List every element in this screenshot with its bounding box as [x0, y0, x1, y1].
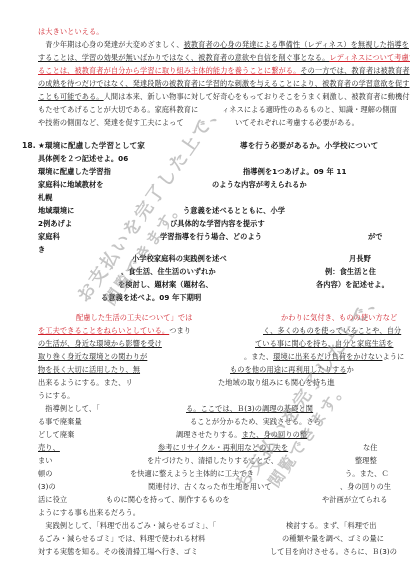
answer-line3a: の生活が、身近な環境から影響を受け	[38, 339, 162, 348]
question-line2: 具体例を２つ記述せよ。06	[38, 154, 128, 163]
question-line3b: 指導例を1つあげよ。09 年 11	[243, 167, 347, 176]
question-line5: 札幌	[38, 193, 53, 202]
answer-line3b: ている事に関心を持ち、自分と家庭生活を	[255, 339, 393, 348]
underlined-text: 環境に出来るだけ負荷をかけない	[273, 352, 382, 361]
answer-line11c: な住	[363, 443, 378, 452]
answer-line6b: た地域の取り組みにも関心を持ち進	[218, 378, 335, 387]
red-underlined-text: ることは、被教育者が自分から学習に取り組み主体的能力を養うことに繋がる。	[38, 66, 300, 75]
para1-line6a: もたせてあげることが大切である。家庭科教育に	[38, 105, 198, 114]
answer-line8b: る。ここでは、Ｂ(3)の調理の基礎と関	[186, 404, 313, 413]
text: 調理させたりする。	[176, 430, 242, 439]
answer-line15a: 活に役立	[38, 495, 67, 504]
underlined-text: また、身の回りの整	[242, 430, 308, 439]
answer-line9a: る事で廃棄量	[38, 417, 82, 426]
question-line4b: のような内容が考えられるか	[212, 180, 307, 189]
answer-line18b: の種類や量を調べ、ゴミの量に	[282, 534, 384, 543]
para1-line4: の成熟を待つだけではなく、発達段階の被教育者に学習的な刺激を与えることにより、被…	[38, 79, 410, 88]
answer-line1a: 配慮した生活の工夫について」では	[76, 313, 192, 322]
question-line6b: う意義を述べるとともに、小学	[183, 206, 285, 215]
question-line8a: 家庭科	[38, 232, 60, 241]
answer-line14c: 、身の回りの生	[340, 482, 391, 491]
text: 青少年期は心身の発達が大変めざましく、	[38, 40, 184, 49]
para1-line2: することは、学習の効果が無いばかりではなく、被教育者の意欲や自信を削ぐ事となる。…	[38, 53, 410, 62]
answer-line19a: 対する実態を知る。その後清掃工場へ行き、ゴミ	[38, 547, 198, 556]
question-line3a: 環境に配慮した学習指	[38, 167, 111, 176]
question-line7a: 2例あげよ	[38, 219, 72, 228]
text: ように	[382, 352, 404, 361]
question-line10a: 小学校家庭科の実践例を述べ	[132, 254, 227, 263]
answer-line12c: 整理整	[355, 456, 377, 465]
answer-line17b: 検討する。まず、「料理で出	[286, 521, 377, 530]
answer-line15b: ものに関心を持って、制作するものを	[106, 495, 230, 504]
answer-line4b: 。また、環境に出来るだけ負荷をかけないように	[244, 352, 404, 361]
document-page: は大きいといえる。 青少年期は心身の発達が大変めざましく、被教育者の心身の発達に…	[0, 0, 410, 580]
underlined-text: 被教育者の心身の発達による準備性（レディネス）を無視した指導を	[184, 40, 409, 49]
answer-line19b: して目を向けさせる。さらに、Ｂ(3)の	[270, 547, 397, 556]
answer-line7: うにする。	[38, 391, 74, 400]
answer-line5a: 物を長く大切に活用したり、無	[38, 365, 140, 374]
watermark-line2-upper: 閲覧できます。	[98, 194, 188, 309]
answer-line6a: 出来るようにする。また、リ	[38, 378, 133, 387]
answer-line1b: かわりに気付き、ものの使い方など	[281, 313, 397, 322]
underlined-text: ものを他の用途に再利用したりする	[230, 365, 347, 374]
answer-line4a: 取り巻く身近な環境との関わりが	[38, 352, 147, 361]
text: 。また、	[244, 352, 273, 361]
answer-line10b: 調理させたりする。また、身の回りの整	[176, 430, 307, 439]
question-line8c: がで	[368, 232, 383, 241]
para1-line6b: ィネスによる適時性のあるものと、知識・理解の側面	[222, 105, 397, 114]
question-line13: る意義を述べよ。09 年下期明	[101, 293, 201, 302]
question-line12a: を検討し、題材案（題材名、	[118, 280, 213, 289]
answer-line2a: を工夫できることをねらいとしている。つまり	[38, 326, 191, 335]
question-line9: き	[38, 245, 45, 254]
answer-line17a: 実践例として、「料理で出るごみ・減らせるゴミ」、「	[38, 521, 216, 530]
question-line7b: び具体的な学習内容を提示す	[170, 219, 265, 228]
question-line12b: 各内容）を記述せよ。	[316, 280, 389, 289]
answer-line11a: 売り、	[38, 443, 60, 452]
question-line4a: 家庭科に地域教材を	[38, 180, 104, 189]
question-line8b: 学習指導を行う場合、どのよう	[160, 232, 262, 241]
answer-line13b: を快適に整えようと主体的に工夫でき	[130, 469, 254, 478]
answer-line10a: どして廃棄	[38, 430, 74, 439]
answer-line8a: 指導例として、「	[38, 404, 100, 413]
question-line10b: 月長野	[349, 254, 371, 263]
answer-line14b: 関連付け、古くなった布生地を用いて	[148, 482, 272, 491]
answer-line2c: く、多くのものを使っていることや、自分	[263, 326, 401, 335]
question-line11b: 例：食生活と住	[325, 267, 376, 276]
answer-line12b: を片づけたり、清掃したりすることで、	[147, 456, 278, 465]
text: か	[347, 365, 354, 374]
question-line1b: 導を行う必要があるか。小学校について	[240, 141, 378, 150]
red-underlined-text: レディネスについて考慮す	[329, 53, 410, 62]
para1-line1: 青少年期は心身の発達が大変めざましく、被教育者の心身の発達による準備性（レディネ…	[38, 40, 409, 49]
underlined-text: することは、学習の効果が無いばかりではなく、被教育者の意欲や自信を削ぐ事となる。	[38, 53, 329, 62]
red-underlined-text: を工夫できることをねらいとしている。	[38, 326, 169, 335]
underlined-text: ことも可能である。	[38, 92, 104, 101]
answer-line12a: まい	[38, 456, 53, 465]
answer-line5b: ものを他の用途に再利用したりするか	[230, 365, 354, 374]
para1-line7a: や技術の側面など、発達を促す工夫によって	[38, 118, 184, 127]
text: 人間は本来、新しい物事に対して好奇心をもっておりそこをうまく刺激し、被教育者に動…	[104, 92, 410, 101]
para1-line7b: いてそれぞれに考慮する必要がある。	[235, 118, 359, 127]
question-line11a: 、食生活、住生活のいずれか	[121, 267, 216, 276]
answer-line11b: 参考にリサイクル・再利用などの工夫を	[158, 443, 288, 452]
question-line1a: ★環境に配慮した学習として家	[38, 141, 145, 150]
answer-line15c: や計画が立てられる	[322, 495, 388, 504]
answer-line16: ようにする事も出来るだろう。	[38, 508, 140, 517]
answer-line9b: ることが分かるため、実践させる。さら	[190, 417, 321, 426]
question-number: 18.	[22, 141, 36, 150]
answer-line13a: 頓の	[38, 469, 53, 478]
answer-line13c: う。また、Ｃ	[345, 469, 389, 478]
answer-line14a: (3)の	[38, 482, 56, 491]
underlined-text: その一方では、教育者は被教育者	[300, 66, 409, 75]
question-line6a: 地域環境に	[38, 206, 74, 215]
text: つまり	[169, 326, 191, 335]
para1-line3: ることは、被教育者が自分から学習に取り組み主体的能力を養うことに繋がる。その一方…	[38, 66, 410, 75]
para1-line5: ことも可能である。人間は本来、新しい物事に対して好奇心をもっておりそこをうまく刺…	[38, 92, 410, 101]
answer-line18a: るごみ・減らせるゴミ」では、料理で使われる材料	[38, 534, 205, 543]
para1-line0: は大きいといえる。	[38, 27, 104, 36]
